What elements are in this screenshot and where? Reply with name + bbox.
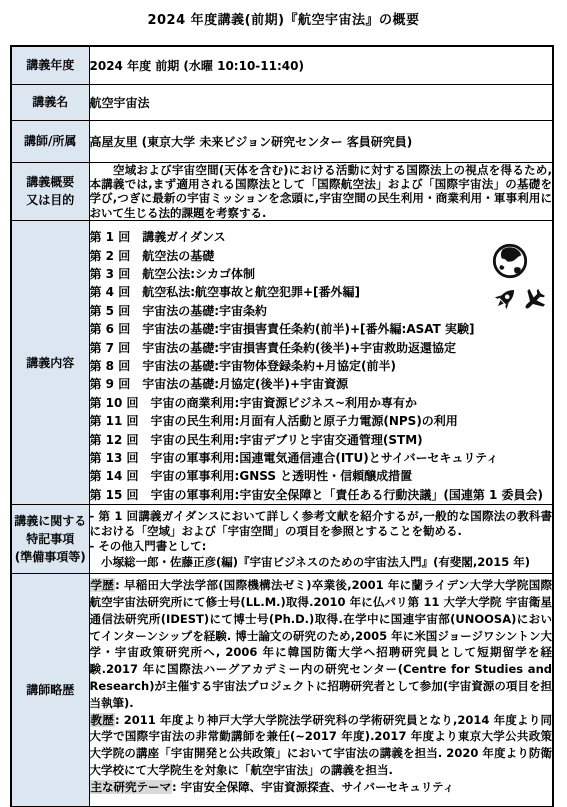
bio-education-heading: 学歴 [90, 578, 116, 592]
table-row-lecturer: 講師/所属 高屋友里 (東京大学 未来ビジョン研究センター 客員研究員) [11, 120, 553, 162]
row-value-lecturer: 高屋友里 (東京大学 未来ビジョン研究センター 客員研究員) [89, 120, 553, 162]
session-item: 第 1 回 講義ガイダンス [90, 228, 553, 246]
bio-themes-heading: 主な研究テーマ [90, 780, 173, 794]
note-item: 小塚総一郎・佐藤正彦(編)『宇宙ビジネスのための宇宙法入門』(有斐閣,2015 … [90, 555, 553, 570]
session-item: 第 10 回 宇宙の商業利用:宇宙資源ビジネス~利用か専有か [90, 394, 553, 412]
row-value-overview: 空域および宇宙空間(天体を含む)における活動に対する国際法上の視点を得るため,本… [89, 162, 553, 221]
session-item: 第 11 回 宇宙の民生利用:月面有人活動と原子力電源(NPS)の利用 [90, 412, 553, 430]
row-label-lecturer: 講師/所属 [11, 120, 89, 162]
row-label-notes: 講義に関する 特記事項 (準備事項等) [11, 505, 89, 574]
note-item: - その他入門書として: [90, 539, 553, 554]
bio-themes-text: : 宇宙安全保障、宇宙資源探査、サイバーセキュリティ [172, 780, 454, 794]
row-label-overview: 講義概要 又は目的 [11, 162, 89, 221]
page-title: 2024 年度講義(前期)『航空宇宙法』の概要 [0, 0, 567, 28]
table-row-overview: 講義概要 又は目的 空域および宇宙空間(天体を含む)における活動に対する国際法上… [11, 162, 553, 221]
bio-content: 学歴: 早稲田大学法学部(国際機構法ゼミ)卒業後,2001 年に蘭ライデン大学大… [90, 574, 553, 795]
globe-icon [491, 242, 529, 283]
course-overview-table: 講義年度 2024 年度 前期 (水曜 10:10-11:40) 講義名 航空宇… [10, 45, 554, 807]
note-item: - 第 1 回講義ガイダンスにおいて詳しく参考文献を紹介するが,一般的な国際法の… [90, 509, 553, 540]
row-value-content: 第 1 回 講義ガイダンス 第 2 回 航空法の基礎 第 3 回 航空公法:シカ… [89, 221, 553, 505]
document-page: { "colors": { "page_bg": "#ffffff", "lab… [0, 0, 567, 807]
session-item: 第 15 回 宇宙の軍事利用:宇宙安全保障と「責任ある行動決議」(国連第 1 委… [90, 486, 553, 504]
bio-teaching-heading: 教歴 [90, 713, 115, 727]
session-item: 第 9 回 宇宙法の基礎:月協定(後半)+宇宙資源 [90, 375, 553, 393]
row-label-content: 講義内容 [11, 221, 89, 505]
session-item: 第 4 回 航空私法:航空事故と航空犯罪+[番外編] [90, 283, 553, 301]
table-row-notes: 講義に関する 特記事項 (準備事項等) - 第 1 回講義ガイダンスにおいて詳し… [11, 505, 553, 574]
bio-teaching-paragraph: 教歴: 2011 年度より神戸大学大学院法学研究科の学術研究員となり,2014 … [90, 712, 553, 779]
bio-teaching-text: : 2011 年度より神戸大学大学院法学研究科の学術研究員となり,2014 年度… [90, 713, 553, 777]
session-item: 第 5 回 宇宙法の基礎:宇宙条約 [90, 302, 553, 320]
bio-education-paragraph: 学歴: 早稲田大学法学部(国際機構法ゼミ)卒業後,2001 年に蘭ライデン大学大… [90, 577, 553, 711]
row-value-name: 航空宇宙法 [89, 84, 553, 120]
row-label-bio: 講師略歴 [11, 574, 89, 807]
row-label-notes-line2: 特記事項 [12, 530, 89, 548]
row-label-notes-line3: (準備事項等) [12, 548, 89, 566]
bio-themes-paragraph: 主な研究テーマ: 宇宙安全保障、宇宙資源探査、サイバーセキュリティ [90, 779, 553, 796]
table-row-content: 講義内容 第 1 回 講義ガイダンス 第 2 回 航空法の基礎 第 3 回 航空… [11, 221, 553, 505]
session-list: 第 1 回 講義ガイダンス 第 2 回 航空法の基礎 第 3 回 航空公法:シカ… [90, 221, 553, 504]
table-row-year: 講義年度 2024 年度 前期 (水曜 10:10-11:40) [11, 46, 553, 84]
table-row-bio: 講師略歴 学歴: 早稲田大学法学部(国際機構法ゼミ)卒業後,2001 年に蘭ライ… [11, 574, 553, 807]
session-item: 第 7 回 宇宙法の基礎:宇宙損害責任条約(後半)+宇宙救助返還協定 [90, 339, 553, 357]
notes-list: - 第 1 回講義ガイダンスにおいて詳しく参考文献を紹介するが,一般的な国際法の… [90, 509, 553, 570]
session-item: 第 6 回 宇宙法の基礎:宇宙損害責任条約(前半)+[番外編:ASAT 実験] [90, 320, 553, 338]
row-label-overview-line2: 又は目的 [12, 191, 89, 209]
session-item: 第 12 回 宇宙の民生利用:宇宙デブリと宇宙交通管理(STM) [90, 431, 553, 449]
airplane-icon [521, 286, 548, 316]
row-value-year: 2024 年度 前期 (水曜 10:10-11:40) [89, 46, 553, 84]
session-item: 第 3 回 航空公法:シカゴ体制 [90, 265, 553, 283]
session-item: 第 14 回 宇宙の軍事利用:GNSS と透明性・信頼醸成措置 [90, 467, 553, 485]
rocket-icon [492, 285, 519, 315]
session-item: 第 13 回 宇宙の軍事利用:国連電気通信連合(ITU)とサイバーセキュリティ [90, 449, 553, 467]
row-label-overview-line1: 講義概要 [12, 173, 89, 191]
overview-paragraph: 空域および宇宙空間(天体を含む)における活動に対する国際法上の視点を得るため,本… [90, 163, 553, 221]
bio-education-text: : 早稲田大学法学部(国際機構法ゼミ)卒業後,2001 年に蘭ライデン大学大学院… [90, 578, 553, 710]
row-value-notes: - 第 1 回講義ガイダンスにおいて詳しく参考文献を紹介するが,一般的な国際法の… [89, 505, 553, 574]
row-label-notes-line1: 講義に関する [12, 512, 89, 530]
session-item: 第 2 回 航空法の基礎 [90, 247, 553, 265]
table-row-name: 講義名 航空宇宙法 [11, 84, 553, 120]
row-label-name: 講義名 [11, 84, 89, 120]
row-label-year: 講義年度 [11, 46, 89, 84]
session-item: 第 8 回 宇宙法の基礎:宇宙物体登録条約+月協定(前半) [90, 357, 553, 375]
row-value-bio: 学歴: 早稲田大学法学部(国際機構法ゼミ)卒業後,2001 年に蘭ライデン大学大… [89, 574, 553, 807]
